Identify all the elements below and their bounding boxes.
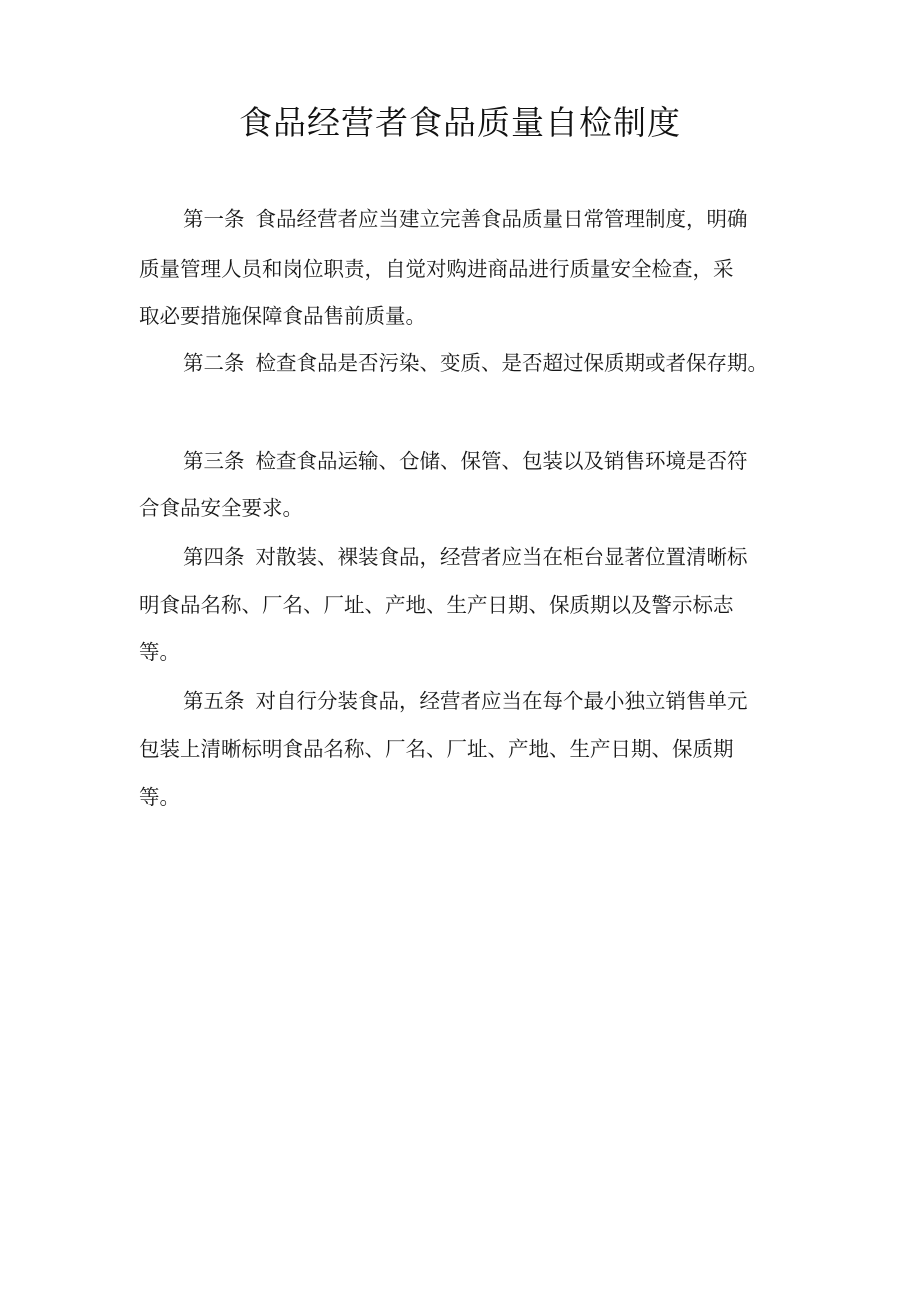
article-4-number: 第四条 (183, 545, 245, 569)
article-4-line-1: 第四条对散装、裸装食品，经营者应当在柜台显著位置清晰标 (183, 542, 748, 572)
article-2-line-1: 第二条检查食品是否污染、变质、是否超过保质期或者保存期。 (183, 348, 768, 378)
document-page: 食品经营者食品质量自检制度 第一条食品经营者应当建立完善食品质量日常管理制度，明… (0, 0, 920, 1302)
article-3-text-1: 检查食品运输、仓储、保管、包装以及销售环境是否符 (256, 449, 748, 473)
article-4-text-1: 对散装、裸装食品，经营者应当在柜台显著位置清晰标 (256, 545, 748, 569)
article-2-number: 第二条 (183, 351, 245, 375)
article-5-line-3: 等。 (139, 782, 180, 812)
article-5-number: 第五条 (183, 689, 245, 713)
article-1-line-1: 第一条食品经营者应当建立完善食品质量日常管理制度，明确 (183, 204, 748, 234)
article-3-number: 第三条 (183, 449, 245, 473)
article-3-line-2: 合食品安全要求。 (139, 493, 303, 523)
article-5-line-2: 包装上清晰标明食品名称、厂名、厂址、产地、生产日期、保质期 (139, 734, 734, 764)
article-2-text-1: 检查食品是否污染、变质、是否超过保质期或者保存期。 (256, 351, 769, 375)
article-5-text-1: 对自行分装食品，经营者应当在每个最小独立销售单元 (256, 689, 748, 713)
article-4-line-3: 等。 (139, 637, 180, 667)
article-1-text-1: 食品经营者应当建立完善食品质量日常管理制度，明确 (256, 207, 748, 231)
article-1-line-2: 质量管理人员和岗位职责，自觉对购进商品进行质量安全检查，采 (139, 254, 734, 284)
article-1-line-3: 取必要措施保障食品售前质量。 (139, 301, 426, 331)
article-4-line-2: 明食品名称、厂名、厂址、产地、生产日期、保质期以及警示标志 (139, 590, 734, 620)
article-5-line-1: 第五条对自行分装食品，经营者应当在每个最小独立销售单元 (183, 686, 748, 716)
document-title: 食品经营者食品质量自检制度 (0, 100, 920, 146)
article-3-line-1: 第三条检查食品运输、仓储、保管、包装以及销售环境是否符 (183, 446, 748, 476)
article-1-number: 第一条 (183, 207, 245, 231)
